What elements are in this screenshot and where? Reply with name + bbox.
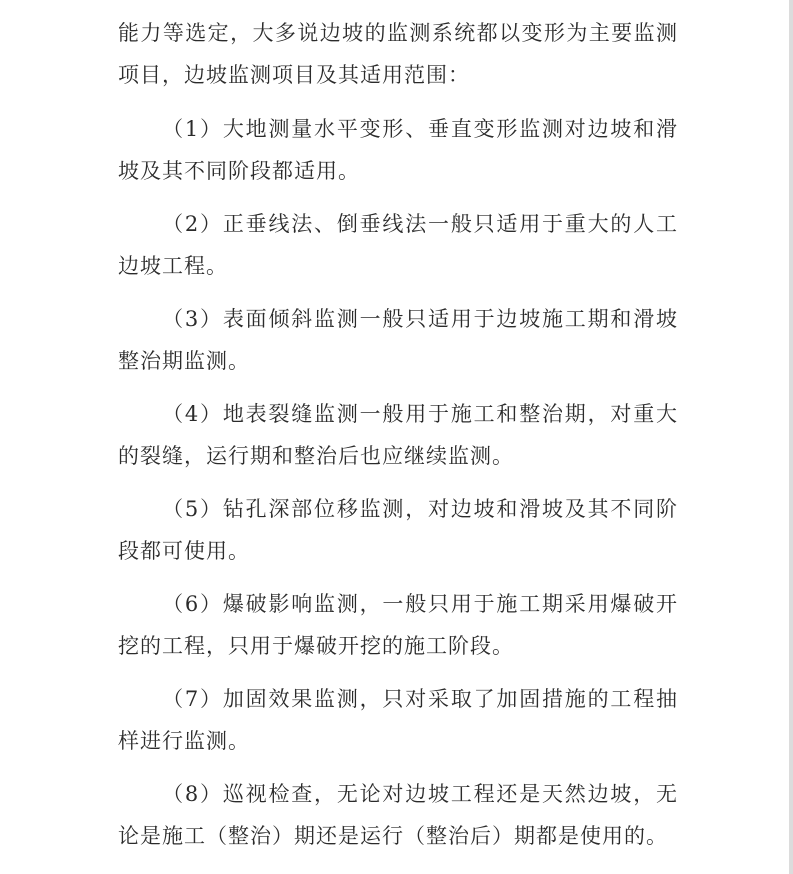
intro-paragraph: 能力等选定，大多说边坡的监测系统都以变形为主要监测项目，边坡监测项目及其适用范围…: [118, 12, 678, 96]
list-item-8: （8）巡视检查，无论对边坡工程还是天然边坡，无论是施工（整治）期还是运行（整治后…: [118, 773, 678, 857]
document-body: 能力等选定，大多说边坡的监测系统都以变形为主要监测项目，边坡监测项目及其适用范围…: [118, 12, 678, 868]
list-item-5: （5）钻孔深部位移监测，对边坡和滑坡及其不同阶段都可使用。: [118, 488, 678, 572]
list-item-4: （4）地表裂缝监测一般用于施工和整治期，对重大的裂缝，运行期和整治后也应继续监测…: [118, 393, 678, 477]
list-item-6: （6）爆破影响监测，一般只用于施工期采用爆破开挖的工程，只用于爆破开挖的施工阶段…: [118, 583, 678, 667]
scrollbar-track[interactable]: [789, 0, 793, 874]
list-item-7: （7）加固效果监测，只对采取了加固措施的工程抽样进行监测。: [118, 678, 678, 762]
list-item-1: （1）大地测量水平变形、垂直变形监测对边坡和滑坡及其不同阶段都适用。: [118, 108, 678, 192]
document-page: 能力等选定，大多说边坡的监测系统都以变形为主要监测项目，边坡监测项目及其适用范围…: [0, 0, 789, 874]
list-item-2: （2）正垂线法、倒垂线法一般只适用于重大的人工边坡工程。: [118, 203, 678, 287]
list-item-3: （3）表面倾斜监测一般只适用于边坡施工期和滑坡整治期监测。: [118, 298, 678, 382]
